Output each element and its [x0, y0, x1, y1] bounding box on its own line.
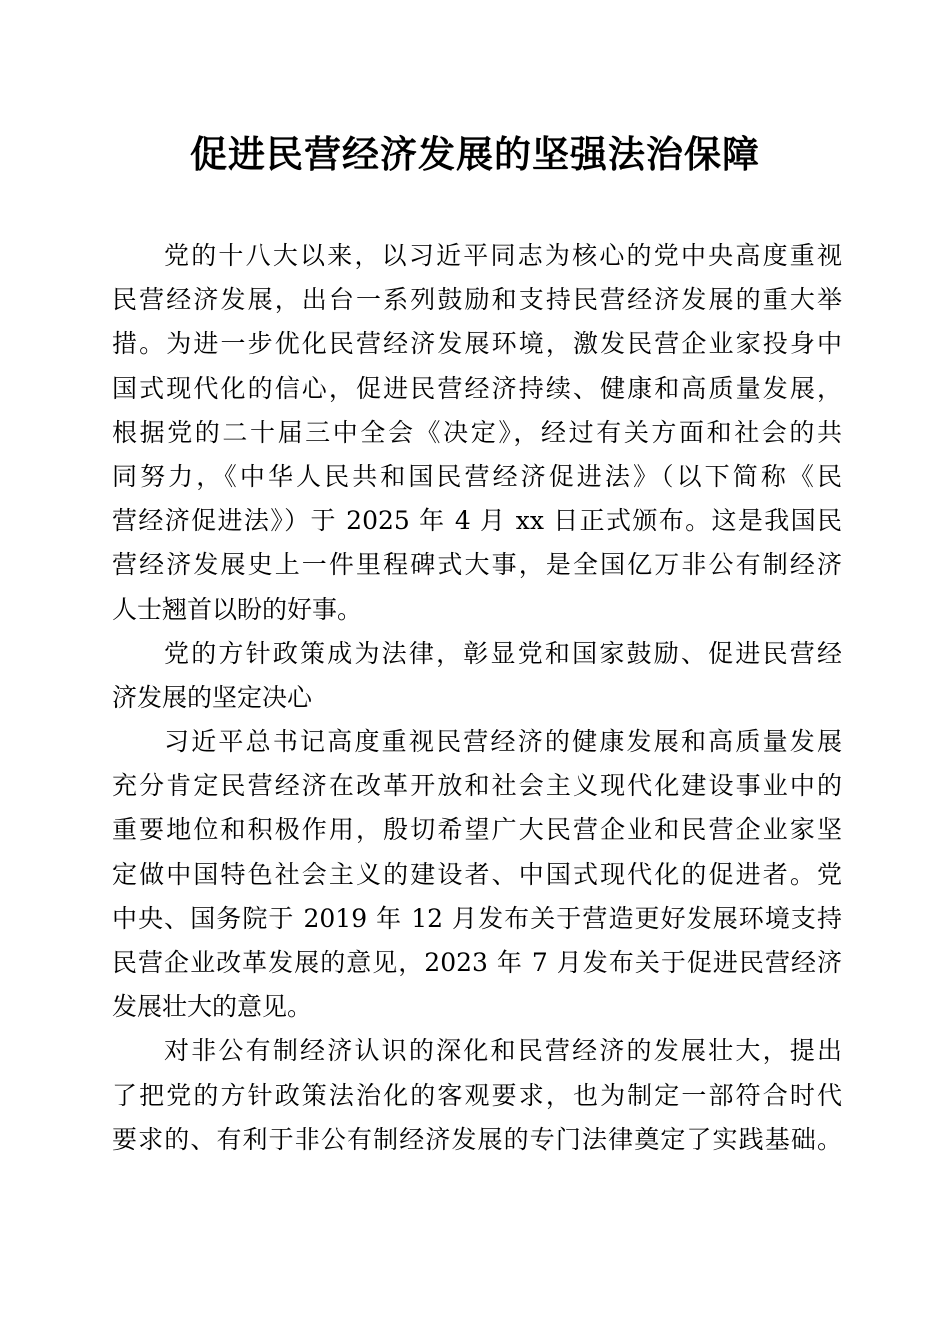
text-line: 充分肯定民营经济在改革开放和社会主义现代化建设事业中的 [112, 764, 842, 808]
text-line: 党的十八大以来，以习近平同志为核心的党中央高度重视 [112, 234, 842, 278]
text-line: 习近平总书记高度重视民营经济的健康发展和高质量发展 [112, 720, 842, 764]
paragraph: 习近平总书记高度重视民营经济的健康发展和高质量发展充分肯定民营经济在改革开放和社… [112, 720, 842, 1029]
text-line: 定做中国特色社会主义的建设者、中国式现代化的促进者。党 [112, 853, 842, 897]
text-line: 济发展的坚定决心 [112, 676, 842, 720]
text-line: 营经济促进法》）于 2025 年 4 月 xx 日正式颁布。这是我国民 [112, 499, 842, 543]
paragraph: 党的方针政策成为法律，彰显党和国家鼓励、促进民营经济发展的坚定决心 [112, 632, 842, 720]
text-line: 人士翘首以盼的好事。 [112, 588, 842, 632]
text-line: 民营企业改革发展的意见，2023 年 7 月发布关于促进民营经济 [112, 941, 842, 985]
text-line: 重要地位和积极作用，殷切希望广大民营企业和民营企业家坚 [112, 808, 842, 852]
text-line: 同努力，《中华人民共和国民营经济促进法》（以下简称《民 [112, 455, 842, 499]
text-line: 党的方针政策成为法律，彰显党和国家鼓励、促进民营经 [112, 632, 842, 676]
paragraph: 对非公有制经济认识的深化和民营经济的发展壮大，提出了把党的方针政策法治化的客观要… [112, 1029, 842, 1162]
document-title: 促进民营经济发展的坚强法治保障 [0, 128, 950, 180]
text-line: 营经济发展史上一件里程碑式大事，是全国亿万非公有制经济 [112, 543, 842, 587]
text-line: 发展壮大的意见。 [112, 985, 842, 1029]
paragraph: 党的十八大以来，以习近平同志为核心的党中央高度重视民营经济发展，出台一系列鼓励和… [112, 234, 842, 632]
text-line: 中央、国务院于 2019 年 12 月发布关于营造更好发展环境支持 [112, 897, 842, 941]
document-body: 党的十八大以来，以习近平同志为核心的党中央高度重视民营经济发展，出台一系列鼓励和… [112, 234, 842, 1162]
text-line: 国式现代化的信心，促进民营经济持续、健康和高质量发展， [112, 367, 842, 411]
text-line: 对非公有制经济认识的深化和民营经济的发展壮大，提出 [112, 1029, 842, 1073]
text-line: 根据党的二十届三中全会《决定》，经过有关方面和社会的共 [112, 411, 842, 455]
text-line: 了把党的方针政策法治化的客观要求，也为制定一部符合时代 [112, 1074, 842, 1118]
text-line: 要求的、有利于非公有制经济发展的专门法律奠定了实践基础。 [112, 1118, 842, 1162]
text-line: 措。为进一步优化民营经济发展环境，激发民营企业家投身中 [112, 322, 842, 366]
document-page: 促进民营经济发展的坚强法治保障 党的十八大以来，以习近平同志为核心的党中央高度重… [0, 0, 950, 1344]
text-line: 民营经济发展，出台一系列鼓励和支持民营经济发展的重大举 [112, 278, 842, 322]
